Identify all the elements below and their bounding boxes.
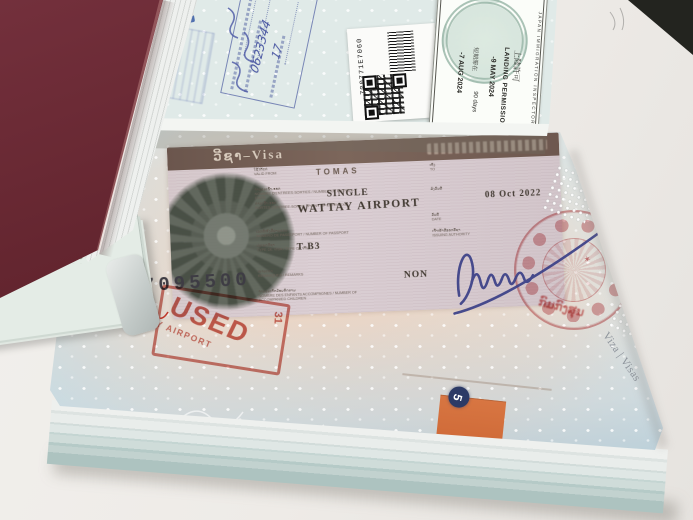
qr-finder	[362, 75, 377, 90]
qr-finder	[364, 105, 379, 120]
visa-remarks-value: NON	[404, 270, 428, 281]
qr-code-sticker: 700771E7060	[347, 23, 441, 123]
page-number: 5	[450, 392, 465, 402]
visa-title-lao: ວີຊາ	[213, 148, 244, 164]
visa-type-value: T-B3	[297, 242, 321, 253]
visa-entries-value: SINGLE	[327, 188, 369, 200]
handwriting-marks	[218, 2, 264, 102]
passport-photo-scene: ວີຊາ–Visa TOMAS ໃຊ້ໄດ້ແຕ່VALID FROM ຈຳນວ…	[0, 0, 693, 520]
used-stamp-number: 31	[271, 311, 283, 324]
ink-signature	[450, 223, 603, 323]
barcode	[387, 31, 416, 73]
desk-scribble	[606, 6, 636, 46]
landing-permission-ja: 上陸許可	[510, 50, 523, 83]
qr-finder	[392, 73, 407, 88]
status-ja: 短期滞在	[471, 47, 482, 72]
